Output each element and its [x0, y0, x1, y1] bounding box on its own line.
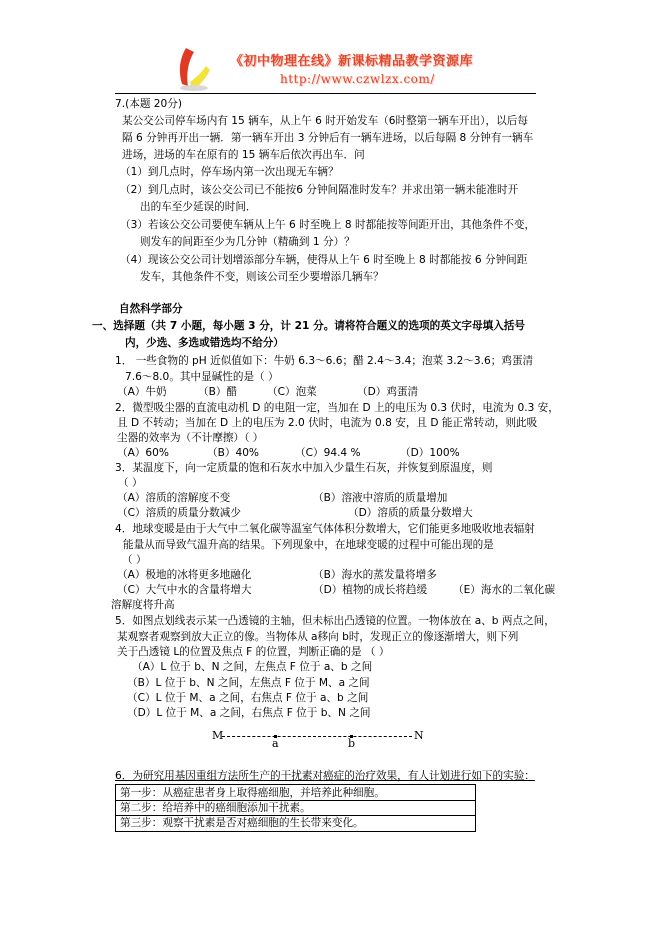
banner-url: http://www.czwlzx.com/ — [280, 72, 435, 86]
instructions-line: 一、选择题（共 7 小题，每小题 3 分，计 21 分。请将符合题义的选项的英文… — [92, 319, 525, 333]
q7-number: 7. — [115, 98, 125, 110]
point-b-label: b — [348, 737, 355, 750]
q4-option-a: （A）极地的冰将更多地融化 — [117, 568, 251, 582]
q2-stem-cont: 且 D 不转动；当加在 D 上的电压为 2.0 伏时，电流为 0.8 安，且 D… — [117, 416, 537, 430]
q7-stem-line: 隔 6 分钟再开出一辆．第一辆车开出 3 分钟后有一辆车进场，以后每隔 8 分钟… — [122, 131, 533, 145]
document-page: 《初中物理在线》新课标精品教学资源库 http://www.czwlzx.com… — [0, 0, 661, 935]
q5-option-c: （C）L 位于 M、a 之间，右焦点 F 位于 a、b 之间 — [127, 691, 368, 705]
q2-option-d: （D）100% — [400, 446, 460, 460]
q2-option-b: （B）40% — [207, 446, 259, 460]
q2-stem-cont: 尘器的效率为（不计摩擦）（ ） — [117, 431, 263, 445]
q7-points: (本题 20分) — [125, 98, 182, 110]
q7-part-4: （4）现该公交公司计划增添部分车辆，使得从上午 6 时至晚上 8 时都能按 6 … — [120, 253, 527, 267]
q3-option-c: （C）溶质的质量分数减少 — [117, 506, 241, 520]
q7-part-3: （3）若该公交公司要使车辆从上午 6 时至晚上 8 时都能按等间距开出，其他条件… — [120, 218, 535, 232]
q4-option-c: （C）大气中水的含量将增大 — [117, 583, 252, 597]
q5-option-b: （B）L 位于 b、N 之间，左焦点 F 位于 M、a 之间 — [127, 676, 370, 690]
q7-part-2-cont: 出的车至少延误的时间． — [140, 200, 257, 214]
q3-option-b: （B）溶液中溶质的质量增加 — [313, 491, 447, 505]
q3-stem: 3．某温度下，向一定质量的饱和石灰水中加入少量生石灰，并恢复到原温度，则 — [115, 461, 493, 475]
q1-option-a: （A）牛奶 — [117, 385, 167, 399]
q5-stem-cont: 某观察者观察到放大正立的像。当物体从 a移向 b时，发现正立的像逐渐增大，则下列 — [117, 630, 518, 644]
q5-stem: 5．如图点划线表示某一凸透镜的主轴，但未标出凸透镜的位置。一物体放在 a、b 两… — [115, 614, 555, 628]
experiment-step-2: 第二步：给培养中的癌细胞添加干扰素。 — [120, 801, 311, 815]
q7-heading: 7.(本题 20分) — [115, 97, 182, 111]
q7-stem-line: 进场，进场的车在原有的 15 辆车后依次再出车．问 — [122, 148, 365, 162]
principal-axis-line — [222, 736, 412, 737]
q3-option-d: （D）溶质的质量分数增大 — [348, 506, 473, 520]
header-banner: 《初中物理在线》新课标精品教学资源库 http://www.czwlzx.com… — [150, 40, 550, 96]
q4-option-e-cont: 溶解度将升高 — [111, 598, 175, 612]
instructions-line: 内，少选、多选或错选均不给分） — [125, 336, 284, 350]
q2-stem: 2．微型吸尘器的直流电动机 D 的电阻一定，当加在 D 上的电压为 0.3 伏时… — [115, 401, 559, 415]
q3-stem-cont: （ ） — [118, 476, 143, 490]
czwlzx-logo-icon — [172, 44, 216, 92]
q4-stem: 4．地球变暖是由于大气中二氧化碳等温室气体体积分数增大，它们能更多地吸收地表辐射 — [115, 522, 535, 536]
q4-option-b: （B）海水的蒸发量将增多 — [313, 568, 437, 582]
q7-part-1: （1）到几点时，停车场内第一次出现无车辆？ — [120, 165, 339, 179]
q5-stem-cont: 关于凸透镜 L的位置及焦点 F 的位置，判断正确的是 （ ） — [117, 645, 390, 659]
q4-stem-cont: （ ） — [122, 553, 147, 567]
q5-option-a: （A）L 位于 b、N 之间，左焦点 F 位于 a、b 之间 — [132, 660, 372, 674]
q6-stem: 6．为研究用基因重组方法所生产的干扰素对癌症的治疗效果，有人计划进行如下的实验： — [115, 769, 535, 783]
q1-option-c: （C）泡菜 — [267, 385, 317, 399]
q7-stem-line: 某公交公司停车场内有 15 辆车，从上午 6 时开始发车（6时整第一辆车开出），… — [122, 114, 528, 128]
q7-part-2: （2）到几点时，该公交公司已不能按6 分钟间隔准时发车？并求出第一辆未能准时开 — [120, 183, 518, 197]
q4-option-e: （E）海水的二氧化碳 — [453, 583, 555, 597]
q2-option-c: （C）94.4 % — [295, 446, 361, 460]
experiment-step-1: 第一步：从癌症患者身上取得癌细胞，并培养此种细胞。 — [120, 786, 385, 800]
experiment-step-3: 第三步：观察干扰素是否对癌细胞的生长带来变化。 — [120, 816, 364, 830]
q1-stem: 1． 一些食物的 pH 近似值如下：牛奶 6.3～6.6；醋 2.4～3.4；泡… — [115, 354, 533, 368]
experiment-steps-box: 第一步：从癌症患者身上取得癌细胞，并培养此种细胞。 第二步：给培养中的癌细胞添加… — [115, 784, 476, 832]
q4-stem-cont: 能量从而导致气温升高的结果。下列现象中，在地球变暖的过程中可能出现的是 — [123, 538, 494, 552]
q3-option-a: （A）溶质的溶解度不变 — [117, 491, 230, 505]
science-section-title: 自然科学部分 — [119, 302, 183, 316]
q1-stem-cont: 7.6～8.0。其中显碱性的是（ ） — [125, 370, 279, 384]
q2-option-a: （A）60% — [117, 446, 169, 460]
q7-part-4-cont: 发车，其他条件不变，则该公司至少要增添几辆车？ — [140, 270, 384, 284]
banner-title: 《初中物理在线》新课标精品教学资源库 — [230, 50, 473, 69]
q1-option-d: （D）鸡蛋清 — [357, 385, 418, 399]
q4-option-d: （D）植物的成长将趋缓 — [313, 583, 427, 597]
point-n-label: N — [414, 729, 424, 742]
header-divider — [115, 93, 536, 94]
q5-option-d: （D）L 位于 M、a 之间，右焦点 F 位于 b、N 之间 — [127, 706, 371, 720]
q7-part-3-cont: 则发车的间距至少为几分钟（精确到 1 分）？ — [140, 235, 355, 249]
q1-option-b: （B）醋 — [198, 385, 237, 399]
point-a-label: a — [272, 737, 279, 750]
